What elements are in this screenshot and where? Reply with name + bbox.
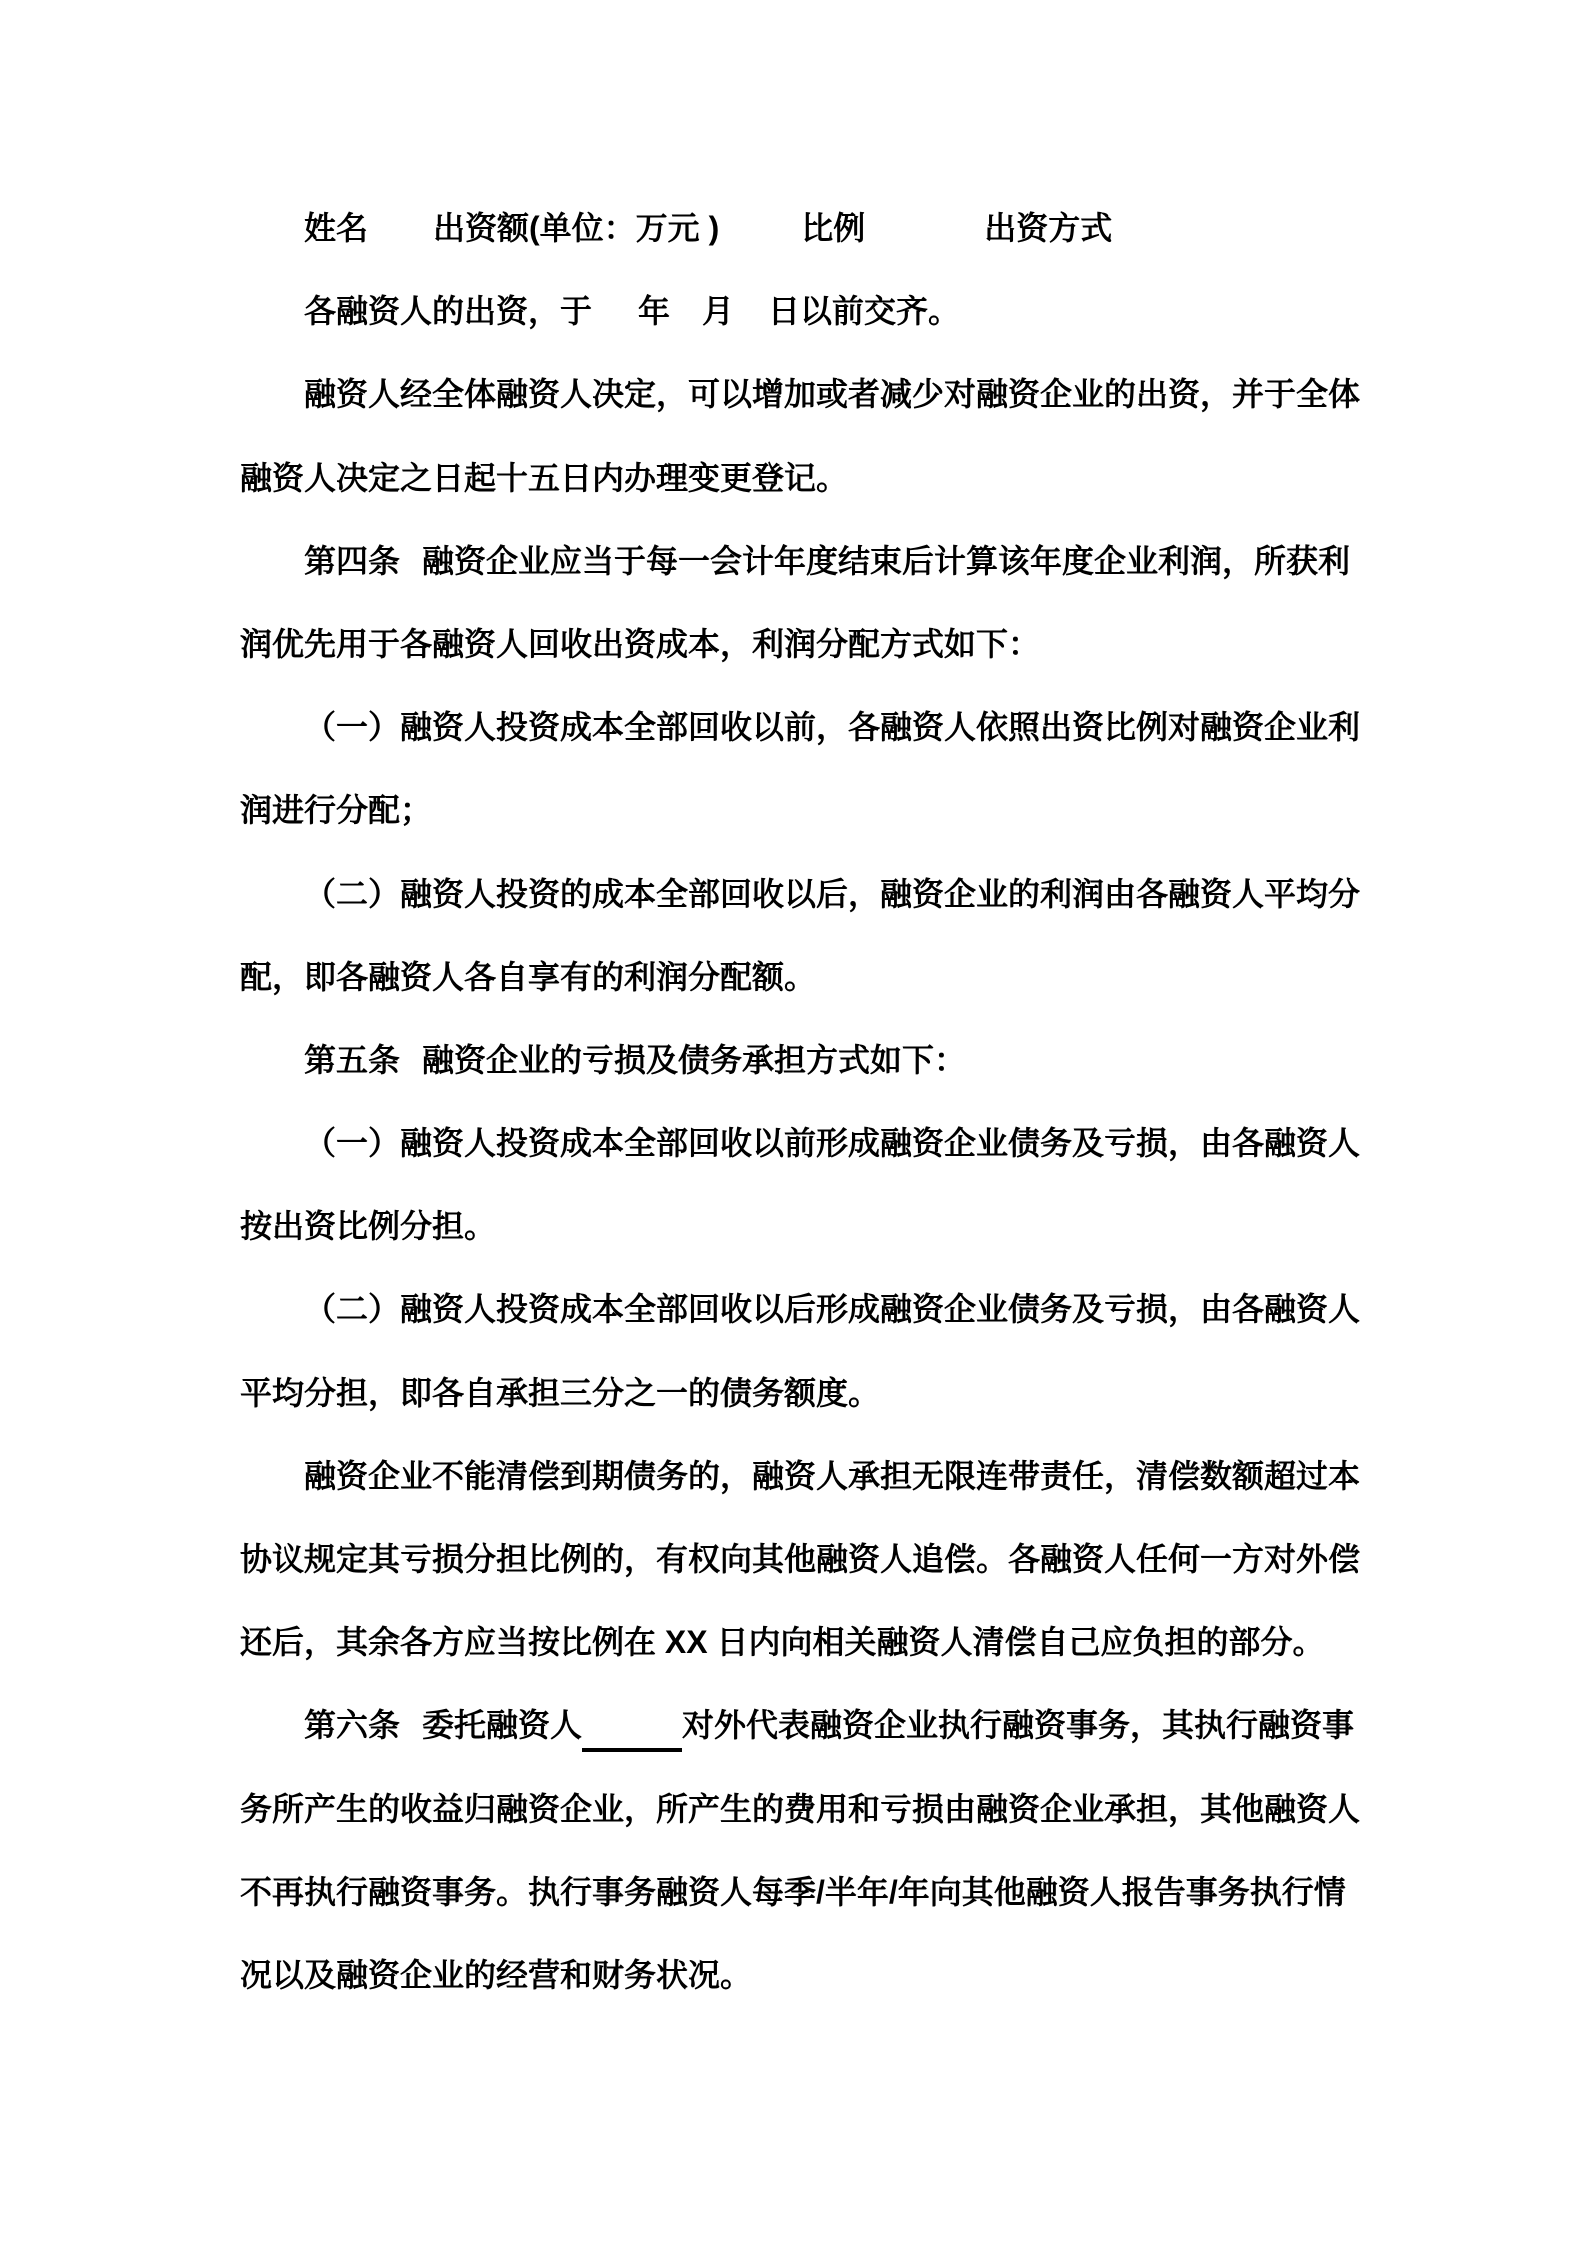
text-segment: 第四条 bbox=[304, 543, 400, 579]
document-line: 协议规定其亏损分担比例的，有权向其他融资人追偿。各融资人任何一方对外偿 bbox=[240, 1518, 1370, 1601]
document-line: 第六条委托融资人对外代表融资企业执行融资事务，其执行融资事 bbox=[240, 1684, 1370, 1767]
text-segment: 出资方式 bbox=[984, 210, 1112, 246]
document-page: 姓名出资额(单位：万元 )比例出资方式各融资人的出资，于年月日以前交齐。融资人经… bbox=[0, 0, 1586, 2244]
document-line: 第四条融资企业应当于每一会计年度结束后计算该年度企业利润，所获利 bbox=[240, 520, 1370, 603]
text-segment: 融资人经全体融资人决定，可以增加或者减少对融资企业的出资，并于全体 bbox=[304, 376, 1360, 412]
text-segment: 对外代表融资企业执行融资事务，其执行融资事 bbox=[682, 1707, 1354, 1743]
document-line: 润优先用于各融资人回收出资成本，利润分配方式如下： bbox=[240, 603, 1370, 686]
text-segment: 委托融资人 bbox=[422, 1707, 582, 1743]
text-segment: 融资企业不能清偿到期债务的，融资人承担无限连带责任，清偿数额超过本 bbox=[304, 1458, 1360, 1494]
text-segment: 融资人决定之日起十五日内办理变更登记。 bbox=[240, 460, 848, 496]
document-line: 不再执行融资事务。执行事务融资人每季/半年/年向其他融资人报告事务执行情 bbox=[240, 1851, 1370, 1934]
text-segment: 润进行分配； bbox=[240, 792, 432, 828]
text-segment: 比例 bbox=[801, 210, 865, 246]
text-segment: 日以前交齐。 bbox=[768, 293, 960, 329]
text-segment: 按出资比例分担。 bbox=[240, 1208, 496, 1244]
text-segment: 配，即各融资人各自享有的利润分配额。 bbox=[240, 959, 816, 995]
document-line: 润进行分配； bbox=[240, 769, 1370, 852]
document-line: 融资企业不能清偿到期债务的，融资人承担无限连带责任，清偿数额超过本 bbox=[240, 1435, 1370, 1518]
text-segment: 各融资人的出资，于 bbox=[304, 293, 592, 329]
document-line: （二）融资人投资的成本全部回收以后，融资企业的利润由各融资人平均分 bbox=[240, 853, 1370, 936]
document-body: 姓名出资额(单位：万元 )比例出资方式各融资人的出资，于年月日以前交齐。融资人经… bbox=[240, 187, 1370, 2017]
document-line: 平均分担，即各自承担三分之一的债务额度。 bbox=[240, 1352, 1370, 1435]
document-line: 按出资比例分担。 bbox=[240, 1185, 1370, 1268]
document-line: 务所产生的收益归融资企业，所产生的费用和亏损由融资企业承担，其他融资人 bbox=[240, 1768, 1370, 1851]
text-segment: 第五条 bbox=[304, 1042, 400, 1078]
text-segment: 出资额(单位：万元 ) bbox=[433, 210, 719, 246]
document-line: 第五条融资企业的亏损及债务承担方式如下： bbox=[240, 1019, 1370, 1102]
text-segment: 月 bbox=[702, 293, 734, 329]
text-segment: 融资企业应当于每一会计年度结束后计算该年度企业利润，所获利 bbox=[422, 543, 1350, 579]
document-line: 姓名出资额(单位：万元 )比例出资方式 bbox=[240, 187, 1370, 270]
document-line: （一）融资人投资成本全部回收以前，各融资人依照出资比例对融资企业利 bbox=[240, 686, 1370, 769]
text-segment: 还后，其余各方应当按比例在 XX 日内向相关融资人清偿自己应负担的部分。 bbox=[240, 1624, 1324, 1660]
text-segment: （二）融资人投资成本全部回收以后形成融资企业债务及亏损，由各融资人 bbox=[304, 1291, 1360, 1327]
text-segment: 况以及融资企业的经营和财务状况。 bbox=[240, 1957, 752, 1993]
text-segment: 润优先用于各融资人回收出资成本，利润分配方式如下： bbox=[240, 626, 1040, 662]
document-line: 况以及融资企业的经营和财务状况。 bbox=[240, 1934, 1370, 2017]
text-segment: （一）融资人投资成本全部回收以前，各融资人依照出资比例对融资企业利 bbox=[304, 709, 1360, 745]
document-line: 融资人经全体融资人决定，可以增加或者减少对融资企业的出资，并于全体 bbox=[240, 353, 1370, 436]
text-segment: 第六条 bbox=[304, 1707, 400, 1743]
text-segment: （二）融资人投资的成本全部回收以后，融资企业的利润由各融资人平均分 bbox=[304, 876, 1360, 912]
text-segment: 融资企业的亏损及债务承担方式如下： bbox=[422, 1042, 966, 1078]
text-segment: 务所产生的收益归融资企业，所产生的费用和亏损由融资企业承担，其他融资人 bbox=[240, 1791, 1360, 1827]
text-segment: 姓名 bbox=[304, 210, 368, 246]
text-segment: （一）融资人投资成本全部回收以前形成融资企业债务及亏损，由各融资人 bbox=[304, 1125, 1360, 1161]
text-segment: 不再执行融资事务。执行事务融资人每季/半年/年向其他融资人报告事务执行情 bbox=[240, 1874, 1346, 1910]
document-line: 还后，其余各方应当按比例在 XX 日内向相关融资人清偿自己应负担的部分。 bbox=[240, 1601, 1370, 1684]
document-line: 各融资人的出资，于年月日以前交齐。 bbox=[240, 270, 1370, 353]
document-line: （一）融资人投资成本全部回收以前形成融资企业债务及亏损，由各融资人 bbox=[240, 1102, 1370, 1185]
document-line: 配，即各融资人各自享有的利润分配额。 bbox=[240, 936, 1370, 1019]
text-segment: 协议规定其亏损分担比例的，有权向其他融资人追偿。各融资人任何一方对外偿 bbox=[240, 1541, 1360, 1577]
fill-in-blank bbox=[582, 1726, 682, 1752]
document-line: （二）融资人投资成本全部回收以后形成融资企业债务及亏损，由各融资人 bbox=[240, 1268, 1370, 1351]
text-segment: 年 bbox=[638, 293, 670, 329]
document-line: 融资人决定之日起十五日内办理变更登记。 bbox=[240, 437, 1370, 520]
text-segment: 平均分担，即各自承担三分之一的债务额度。 bbox=[240, 1375, 880, 1411]
